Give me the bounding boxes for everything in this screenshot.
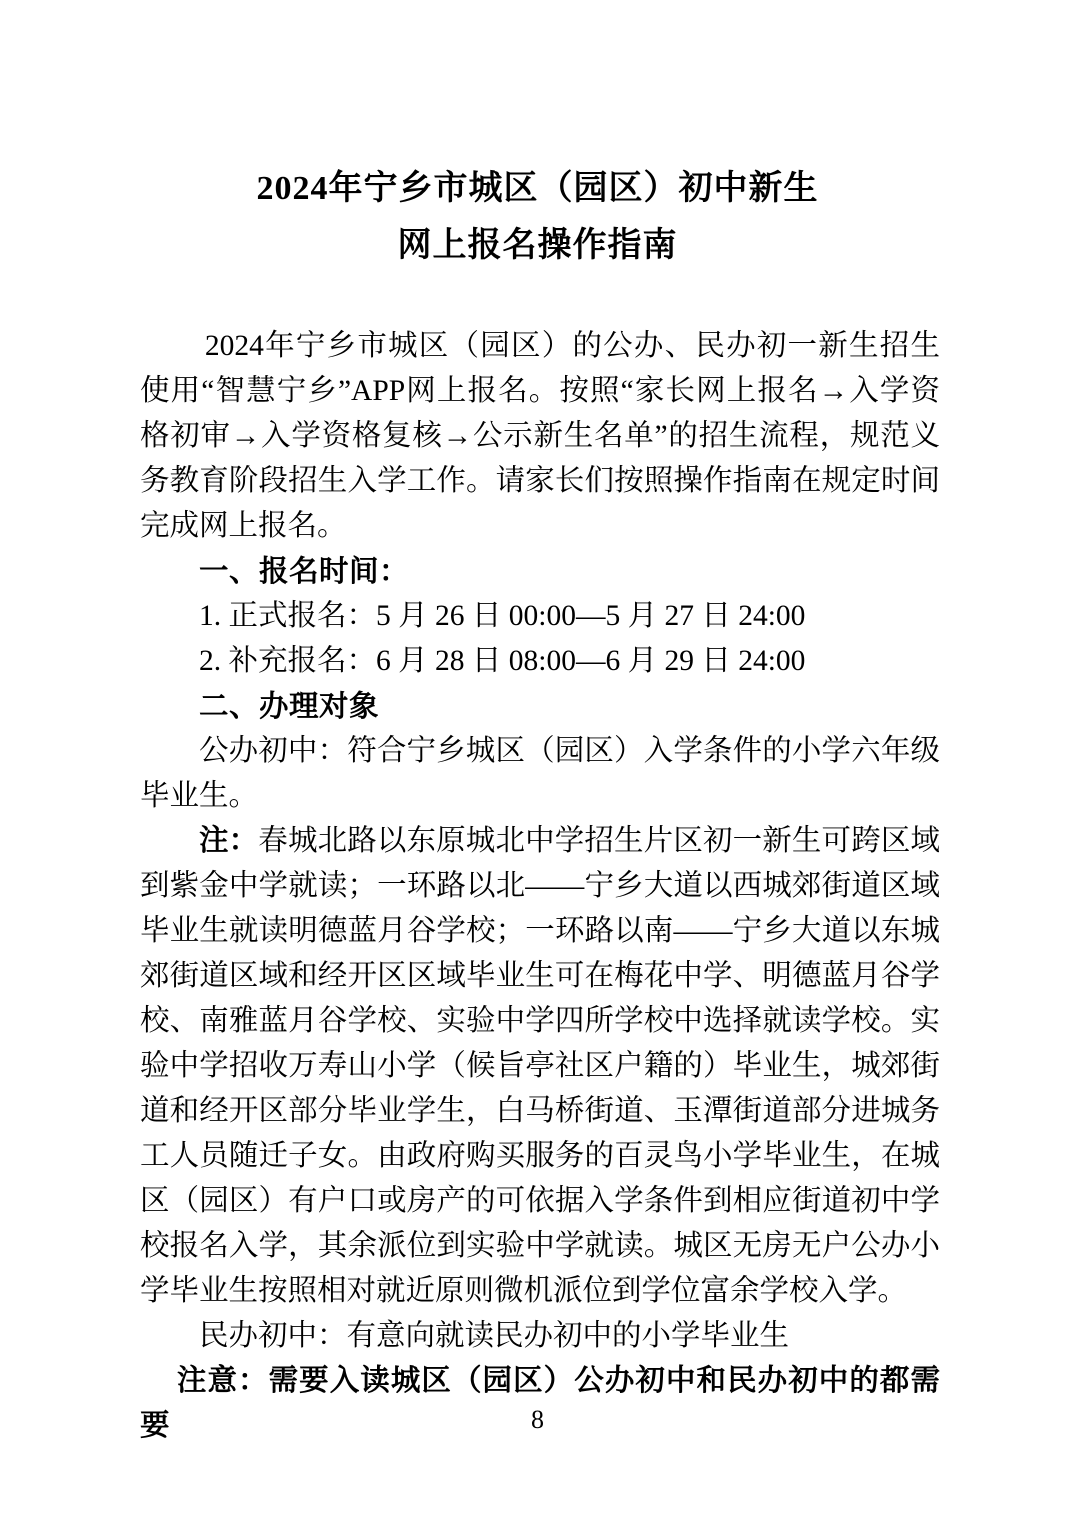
intro-paragraph: 2024年宁乡市城区（园区）的公办、民办初一新生招生使用“智慧宁乡”APP网上报…	[140, 324, 940, 549]
document-title-line1: 2024年宁乡市城区（园区）初中新生	[0, 160, 1075, 217]
section-heading-registration-time: 一、报名时间：	[140, 549, 940, 594]
document-title: 2024年宁乡市城区（园区）初中新生 网上报名操作指南	[0, 0, 1075, 274]
note-label: 注：	[199, 825, 258, 857]
public-school-paragraph: 公办初中：符合宁乡城区（园区）入学条件的小学六年级毕业生。	[140, 729, 940, 819]
note-body: 春城北路以东原城北中学招生片区初一新生可跨区域到紫金中学就读；一环路以北——宁乡…	[140, 825, 940, 1307]
section-heading-target-audience: 二、办理对象	[140, 684, 940, 729]
page-number: 8	[0, 1405, 1075, 1435]
document-body: 2024年宁乡市城区（园区）的公办、民办初一新生招生使用“智慧宁乡”APP网上报…	[140, 324, 940, 1449]
note-paragraph: 注：春城北路以东原城北中学招生片区初一新生可跨区域到紫金中学就读；一环路以北——…	[140, 819, 940, 1314]
document-page: 2024年宁乡市城区（园区）初中新生 网上报名操作指南 2024年宁乡市城区（园…	[0, 0, 1075, 1520]
attention-paragraph: 注意：需要入读城区（园区）公办初中和民办初中的都需要	[140, 1359, 940, 1449]
document-title-line2: 网上报名操作指南	[0, 217, 1075, 274]
list-item-supplementary-registration: 2. 补充报名：6 月 28 日 08:00—6 月 29 日 24:00	[140, 639, 940, 684]
private-school-paragraph: 民办初中：有意向就读民办初中的小学毕业生	[140, 1314, 940, 1359]
list-item-formal-registration: 1. 正式报名：5 月 26 日 00:00—5 月 27 日 24:00	[140, 594, 940, 639]
